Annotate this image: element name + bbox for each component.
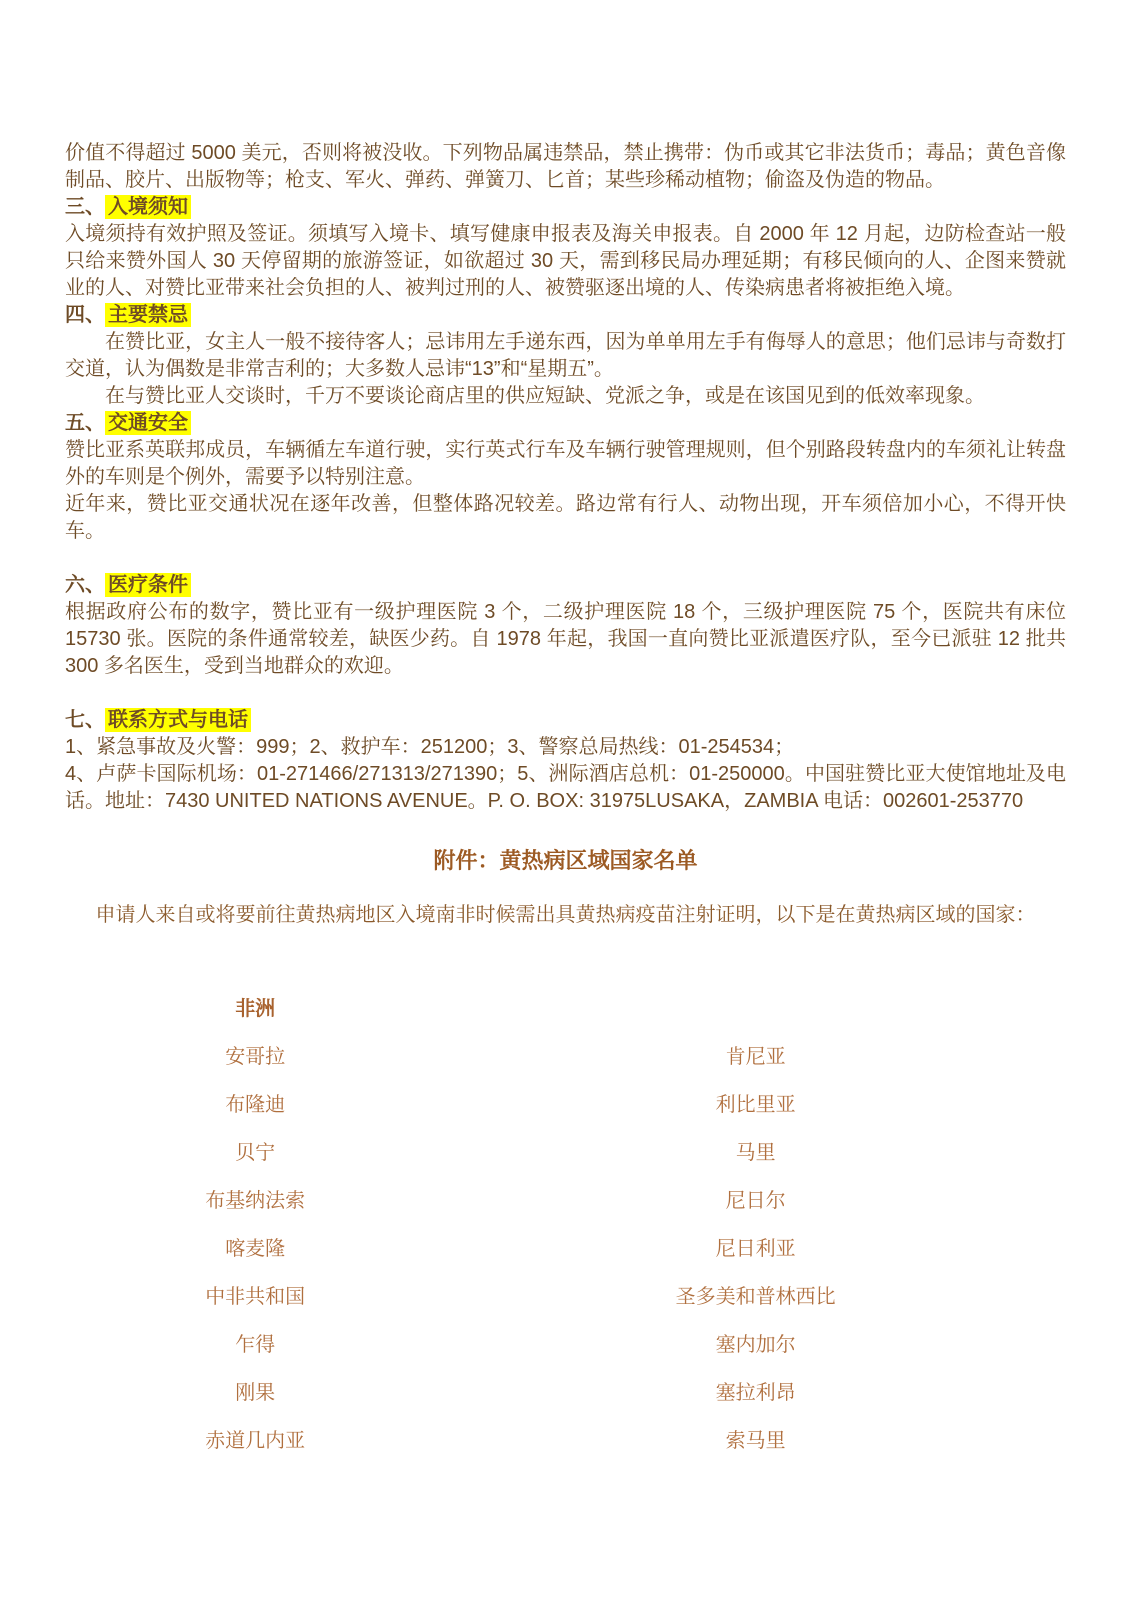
- section-title-highlighted: 主要禁忌: [105, 303, 191, 327]
- paragraph: 4、卢萨卡国际机场：01-271466/271313/271390；5、洲际酒店…: [65, 761, 1066, 815]
- paragraph: 赞比亚系英联邦成员，车辆循左车道行驶，实行英式行车及车辆行驶管理规则，但个别路段…: [65, 437, 1066, 491]
- country-name: 圣多美和普林西比: [445, 1284, 1066, 1311]
- table-row: 非洲: [65, 985, 1066, 1033]
- section-title-highlighted: 入境须知: [105, 195, 191, 219]
- paragraph: 在赞比亚，女主人一般不接待客人；忌讳用左手递东西，因为单单用左手有侮辱人的意思；…: [65, 329, 1066, 383]
- paragraph: 在与赞比亚人交谈时，千万不要谈论商店里的供应短缺、党派之争，或是在该国见到的低效…: [65, 383, 1066, 410]
- section-number: 七、: [65, 709, 105, 731]
- section-heading-contacts: 七、联系方式与电话: [65, 707, 1066, 734]
- table-row: 乍得 塞内加尔: [65, 1321, 1066, 1369]
- table-row: 赤道几内亚 索马里: [65, 1417, 1066, 1465]
- section-heading-taboos: 四、主要禁忌: [65, 302, 1066, 329]
- country-name: 刚果: [65, 1380, 445, 1407]
- country-name: 中非共和国: [65, 1284, 445, 1311]
- paragraph: 根据政府公布的数字，赞比亚有一级护理医院 3 个，二级护理医院 18 个，三级护…: [65, 599, 1066, 680]
- country-name: 喀麦隆: [65, 1236, 445, 1263]
- table-row: 布隆迪 利比里亚: [65, 1081, 1066, 1129]
- paragraph: 入境须持有效护照及签证。须填写入境卡、填写健康申报表及海关申报表。自 2000 …: [65, 221, 1066, 302]
- country-name: 塞拉利昂: [445, 1380, 1066, 1407]
- attachment-note: 申请人来自或将要前往黄热病地区入境南非时候需出具黄热病疫苗注射证明，以下是在黄热…: [65, 902, 1066, 929]
- table-row: 布基纳法索 尼日尔: [65, 1177, 1066, 1225]
- table-row: 中非共和国 圣多美和普林西比: [65, 1273, 1066, 1321]
- section-title-highlighted: 医疗条件: [105, 573, 191, 597]
- blank-line: [65, 680, 1066, 707]
- country-name: 尼日尔: [445, 1188, 1066, 1215]
- country-name: 贝宁: [65, 1140, 445, 1167]
- country-name: 利比里亚: [445, 1092, 1066, 1119]
- table-row: 刚果 塞拉利昂: [65, 1369, 1066, 1417]
- country-name: 乍得: [65, 1332, 445, 1359]
- section-number: 四、: [65, 304, 105, 326]
- section-title-highlighted: 交通安全: [105, 411, 191, 435]
- country-name: 布基纳法索: [65, 1188, 445, 1215]
- country-name: 布隆迪: [65, 1092, 445, 1119]
- country-name: 肯尼亚: [445, 1044, 1066, 1071]
- yellow-fever-country-table: 非洲 安哥拉 肯尼亚 布隆迪 利比里亚 贝宁 马里 布基纳法索 尼日尔 喀麦隆 …: [65, 985, 1066, 1465]
- table-row: 喀麦隆 尼日利亚: [65, 1225, 1066, 1273]
- country-name: 塞内加尔: [445, 1332, 1066, 1359]
- section-heading-entry-notes: 三、入境须知: [65, 194, 1066, 221]
- continent-header: 非洲: [65, 996, 445, 1023]
- country-name: 马里: [445, 1140, 1066, 1167]
- section-heading-medical-conditions: 六、医疗条件: [65, 572, 1066, 599]
- section-title-highlighted: 联系方式与电话: [105, 708, 251, 732]
- section-number: 六、: [65, 574, 105, 596]
- country-name: 赤道几内亚: [65, 1428, 445, 1455]
- section-number: 五、: [65, 412, 105, 434]
- lead-paragraph: 价值不得超过 5000 美元，否则将被没收。下列物品属违禁品，禁止携带：伪币或其…: [65, 140, 1066, 194]
- country-name: 尼日利亚: [445, 1236, 1066, 1263]
- country-name: 索马里: [445, 1428, 1066, 1455]
- attachment-title: 附件：黄热病区域国家名单: [65, 847, 1066, 874]
- section-heading-traffic-safety: 五、交通安全: [65, 410, 1066, 437]
- country-name: 安哥拉: [65, 1044, 445, 1071]
- document-page: 价值不得超过 5000 美元，否则将被没收。下列物品属违禁品，禁止携带：伪币或其…: [0, 0, 1131, 1600]
- blank-line: [65, 545, 1066, 572]
- paragraph: 1、紧急事故及火警：999；2、救护车：251200；3、警察总局热线：01-2…: [65, 734, 1066, 761]
- table-row: 贝宁 马里: [65, 1129, 1066, 1177]
- section-number: 三、: [65, 196, 105, 218]
- table-row: 安哥拉 肯尼亚: [65, 1033, 1066, 1081]
- paragraph: 近年来，赞比亚交通状况在逐年改善，但整体路况较差。路边常有行人、动物出现，开车须…: [65, 491, 1066, 545]
